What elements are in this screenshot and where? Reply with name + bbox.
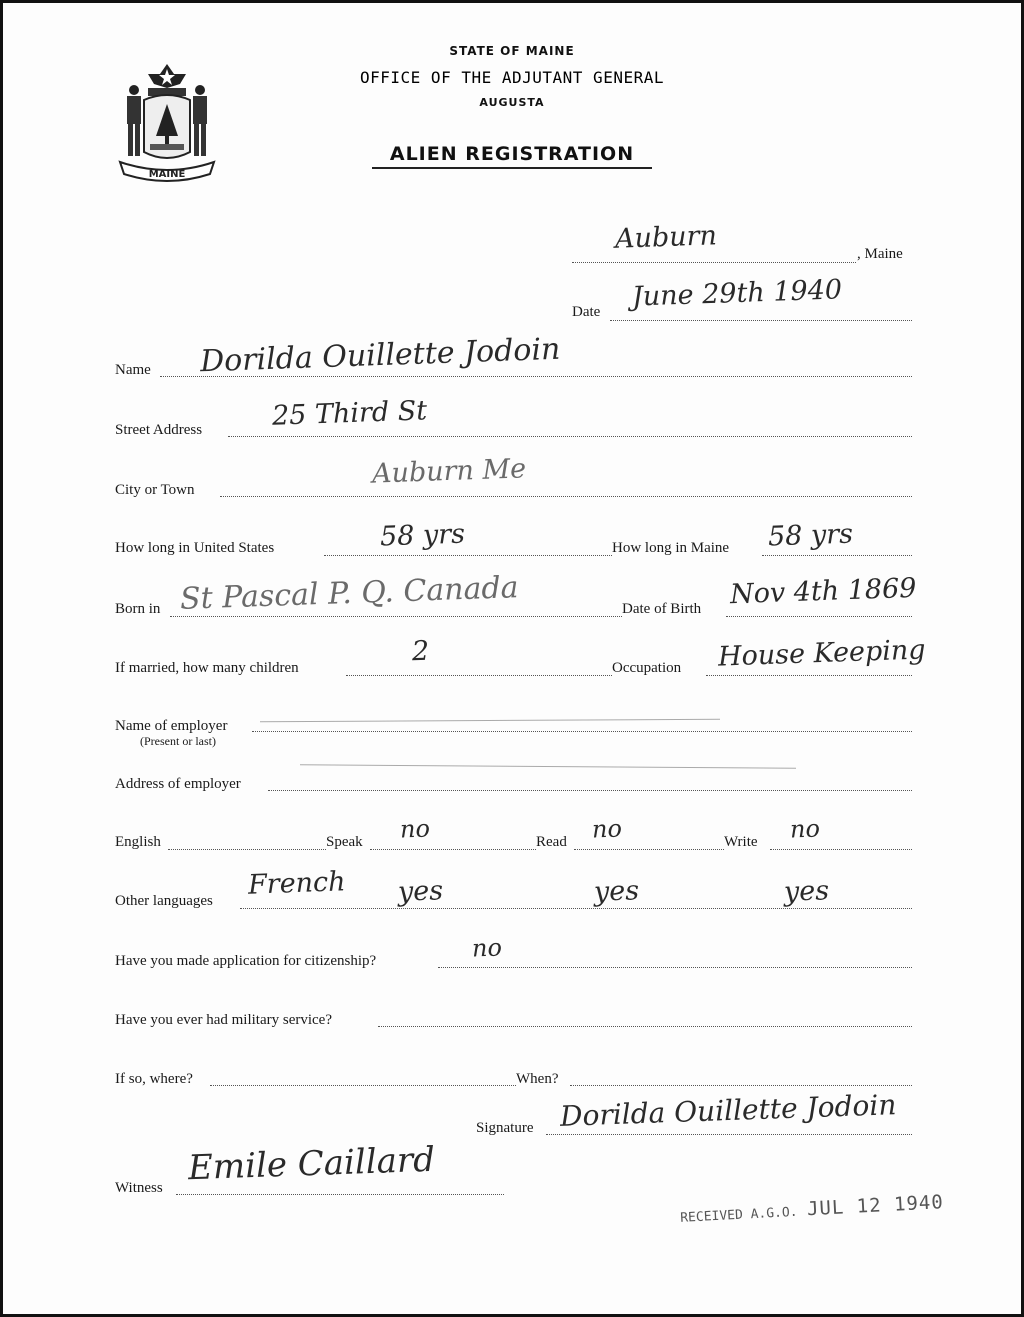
occupation-label: Occupation: [612, 660, 681, 677]
citizenship-line: [438, 967, 912, 968]
english-speak-line: [370, 849, 536, 850]
english-speak-label: Speak: [326, 834, 363, 851]
english-read-label: Read: [536, 834, 567, 851]
signature-label: Signature: [476, 1120, 534, 1137]
english-line: [168, 849, 326, 850]
english-write-line: [770, 849, 912, 850]
us-duration-line: [324, 555, 612, 556]
where-label: If so, where?: [115, 1071, 193, 1088]
other-languages-value[interactable]: French: [247, 866, 346, 900]
children-value[interactable]: 2: [411, 636, 429, 668]
employer-address-label: Address of employer: [115, 776, 241, 793]
dob-label: Date of Birth: [622, 601, 701, 618]
svg-text:MAINE: MAINE: [149, 169, 186, 180]
maine-duration-label: How long in Maine: [612, 540, 729, 557]
citizenship-value[interactable]: no: [472, 933, 503, 962]
other-languages-read[interactable]: yes: [593, 875, 639, 908]
english-read-value[interactable]: no: [592, 814, 623, 843]
where-line[interactable]: [210, 1085, 516, 1086]
city-value[interactable]: Auburn Me: [372, 453, 527, 489]
employer-name-sublabel: (Present or last): [140, 734, 216, 749]
dob-line: [726, 616, 912, 617]
city-line: [220, 496, 912, 497]
children-line: [346, 675, 612, 676]
when-label: When?: [516, 1071, 558, 1088]
birthplace-label: Born in: [115, 601, 160, 618]
witness-line: [176, 1194, 504, 1195]
employer-name-label: Name of employer: [115, 718, 227, 735]
state-heading: STATE OF MAINE: [0, 44, 1024, 58]
place-label: , Maine: [857, 246, 903, 263]
english-write-label: Write: [724, 834, 758, 851]
occupation-line: [706, 675, 912, 676]
us-duration-label: How long in United States: [115, 540, 274, 557]
us-duration-value[interactable]: 58 yrs: [379, 519, 465, 553]
date-line: [610, 320, 912, 321]
when-line[interactable]: [570, 1085, 912, 1086]
english-label: English: [115, 834, 161, 851]
english-write-value[interactable]: no: [790, 814, 821, 843]
signature-line: [546, 1134, 912, 1135]
maine-duration-value[interactable]: 58 yrs: [767, 519, 853, 553]
form-title: ALIEN REGISTRATION: [372, 143, 652, 169]
place-line: [572, 262, 856, 263]
children-label: If married, how many children: [115, 660, 299, 677]
military-line[interactable]: [378, 1026, 912, 1027]
other-languages-speak[interactable]: yes: [397, 875, 443, 908]
name-label: Name: [115, 362, 151, 379]
street-value[interactable]: 25 Third St: [272, 395, 428, 431]
employer-name-line[interactable]: [252, 731, 912, 732]
maine-duration-line: [762, 555, 912, 556]
street-line: [228, 436, 912, 437]
city-label: City or Town: [115, 482, 195, 499]
street-label: Street Address: [115, 422, 202, 439]
english-speak-value[interactable]: no: [400, 814, 431, 843]
birthplace-line: [170, 616, 622, 617]
dob-value[interactable]: Nov 4th 1869: [730, 573, 917, 610]
other-languages-line: [240, 908, 912, 909]
military-label: Have you ever had military service?: [115, 1012, 332, 1029]
office-heading: OFFICE OF THE ADJUTANT GENERAL: [0, 68, 1024, 87]
english-read-line: [574, 849, 724, 850]
other-languages-label: Other languages: [115, 893, 213, 910]
date-label: Date: [572, 304, 600, 321]
other-languages-write[interactable]: yes: [783, 875, 829, 908]
citizenship-label: Have you made application for citizenshi…: [115, 953, 376, 970]
witness-label: Witness: [115, 1180, 163, 1197]
city-heading: AUGUSTA: [0, 96, 1024, 109]
employer-address-line[interactable]: [268, 790, 912, 791]
place-value[interactable]: Auburn: [614, 220, 717, 255]
